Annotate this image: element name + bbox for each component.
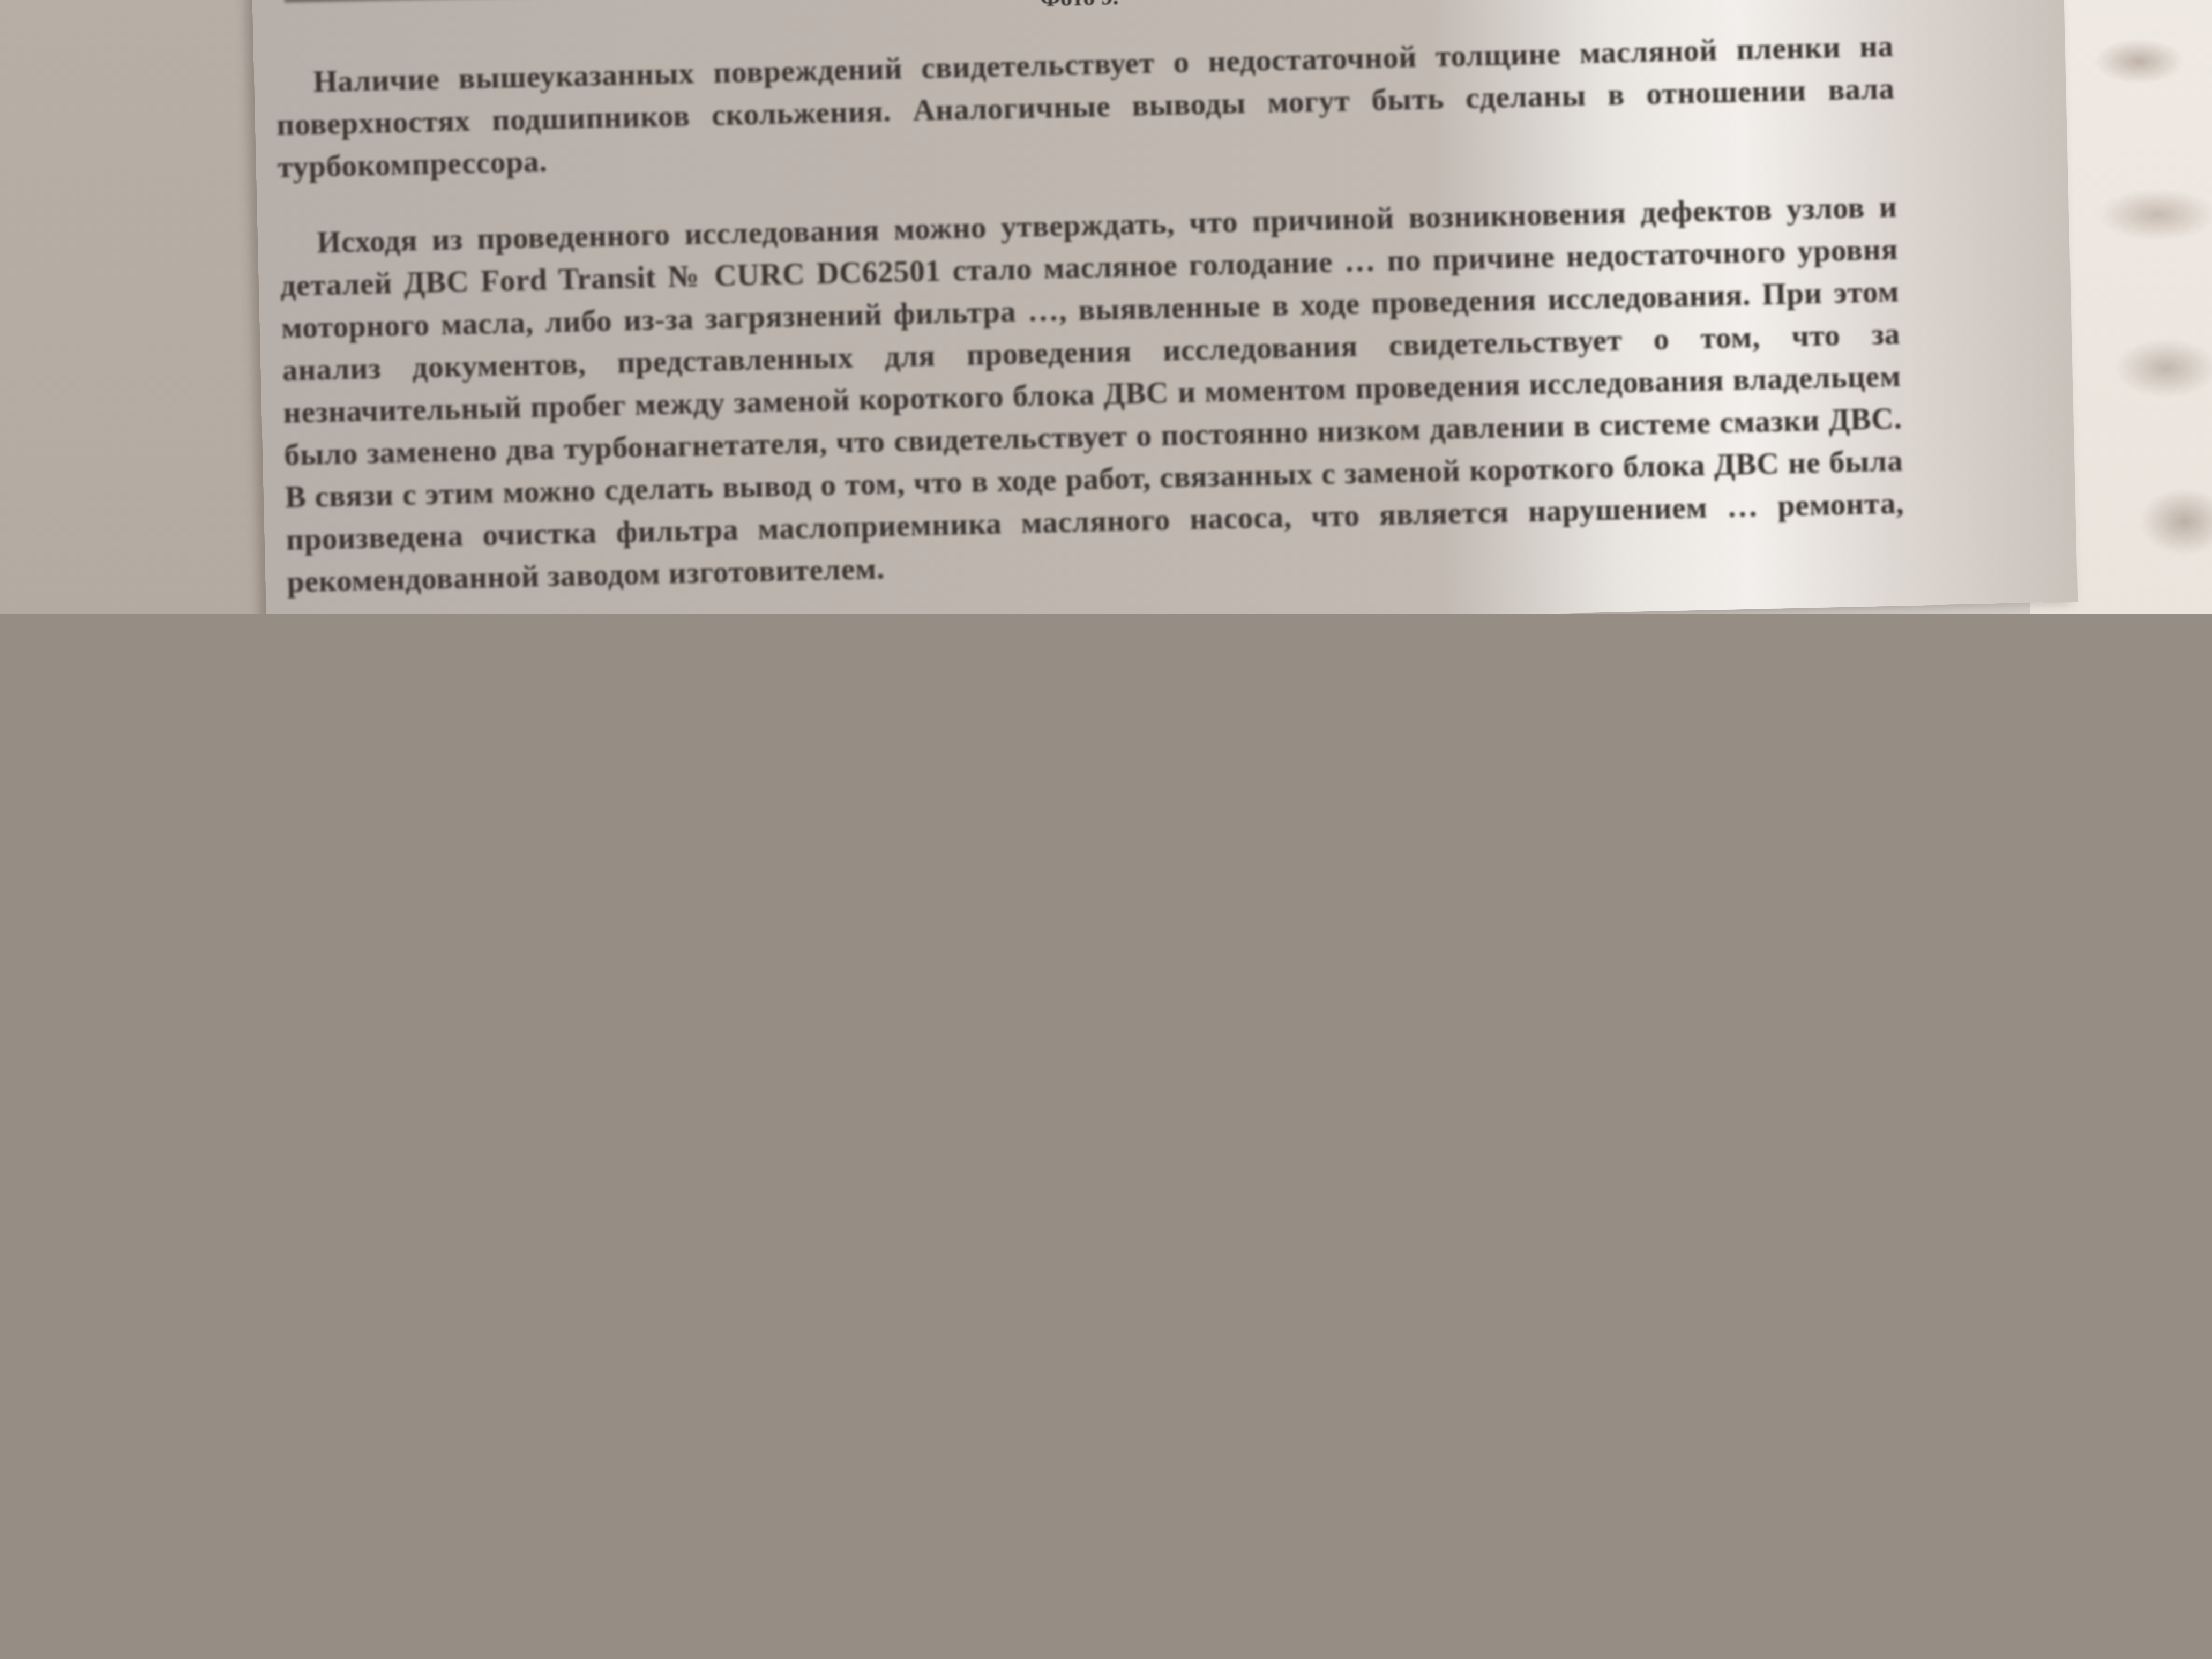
desk-surface-left xyxy=(0,0,268,614)
paragraph-text: Исходя из проведенного исследования можн… xyxy=(280,189,1904,599)
document-photo: Фото 9. Наличие вышеуказанных повреждени… xyxy=(0,0,2212,614)
paragraph: Наличие вышеуказанных повреждений свидет… xyxy=(275,25,1896,188)
paragraph: Исходя из проведенного исследования можн… xyxy=(279,185,1905,602)
paper-sheet: Фото 9. Наличие вышеуказанных повреждени… xyxy=(252,0,2078,614)
photo-caption: Фото 9. xyxy=(1040,0,1119,12)
blank-fill-area xyxy=(0,614,2212,1659)
paragraph-text: Наличие вышеуказанных повреждений свидет… xyxy=(276,28,1895,184)
